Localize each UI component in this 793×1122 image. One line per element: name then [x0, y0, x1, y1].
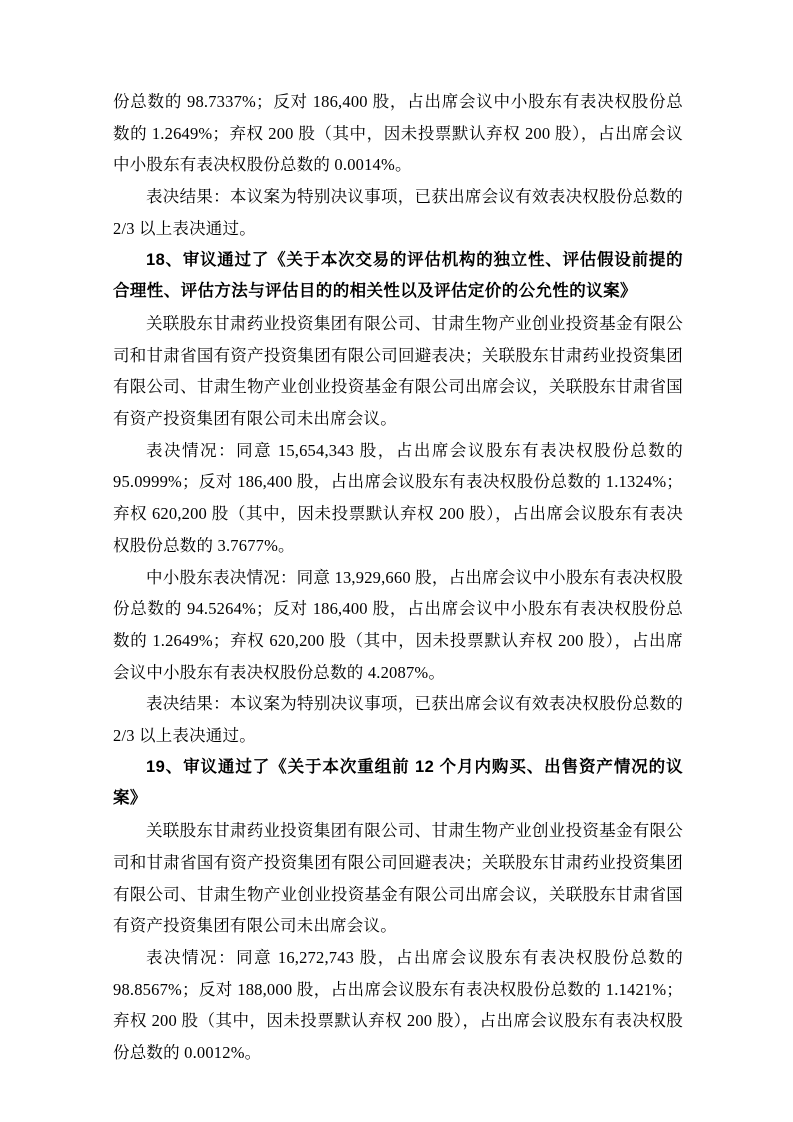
para-prop17-minor-shareholder-votes-continuation: 份总数的 98.7337%；反对 186,400 股，占出席会议中小股东有表决权…	[113, 86, 683, 181]
para-prop18-vote-result: 表决结果：本议案为特别决议事项，已获出席会议有效表决权股份总数的 2/3 以上表…	[113, 688, 683, 751]
heading-proposal-19: 19、审议通过了《关于本次重组前 12 个月内购买、出售资产情况的议案》	[113, 752, 683, 815]
para-prop18-vote-details: 表决情况：同意 15,654,343 股，占出席会议股东有表决权股份总数的 95…	[113, 435, 683, 562]
heading-proposal-18: 18、审议通过了《关于本次交易的评估机构的独立性、评估假设前提的合理性、评估方法…	[113, 245, 683, 308]
para-prop18-related-shareholders-abstention: 关联股东甘肃药业投资集团有限公司、甘肃生物产业创业投资基金有限公司和甘肃省国有资…	[113, 308, 683, 435]
document-page: 份总数的 98.7337%；反对 186,400 股，占出席会议中小股东有表决权…	[0, 0, 793, 1122]
para-prop19-vote-details: 表决情况：同意 16,272,743 股，占出席会议股东有表决权股份总数的 98…	[113, 942, 683, 1069]
para-prop17-vote-result: 表决结果：本议案为特别决议事项，已获出席会议有效表决权股份总数的 2/3 以上表…	[113, 181, 683, 244]
para-prop18-minor-shareholder-votes: 中小股东表决情况：同意 13,929,660 股，占出席会议中小股东有表决权股份…	[113, 562, 683, 689]
para-prop19-related-shareholders-abstention: 关联股东甘肃药业投资集团有限公司、甘肃生物产业创业投资基金有限公司和甘肃省国有资…	[113, 815, 683, 942]
